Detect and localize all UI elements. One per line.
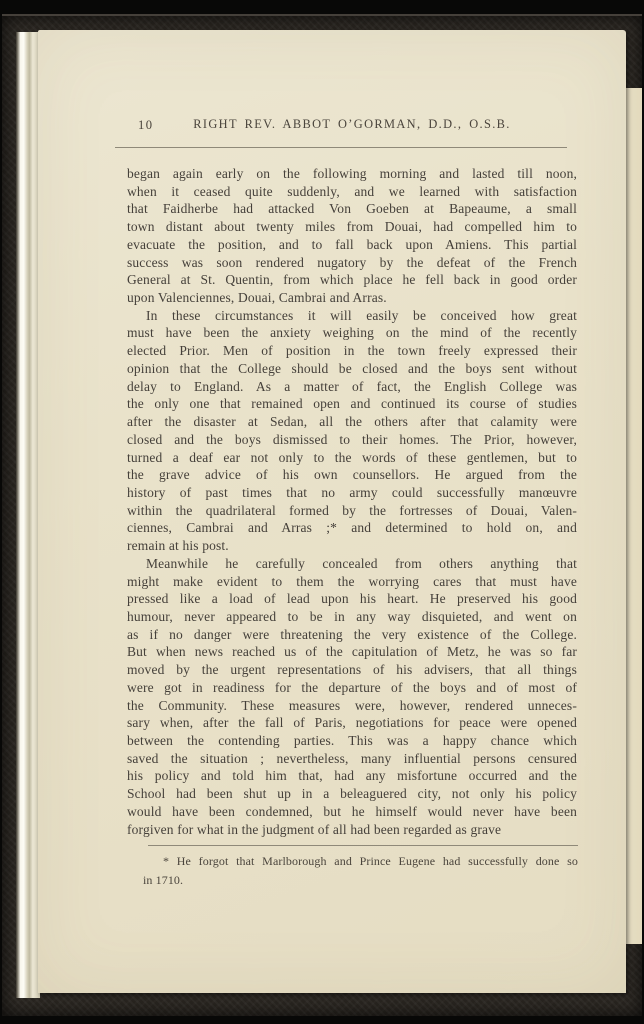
text-line: ciennes, Cambrai and Arras ;* and determ…: [127, 519, 577, 537]
paragraph: Meanwhile he carefully concealed from ot…: [127, 555, 577, 839]
text-line: turned a deaf ear not only to the words …: [127, 449, 577, 467]
text-line: humour, never appeared to be in any way …: [127, 608, 577, 626]
text-line: within the quadrilateral formed by the f…: [127, 502, 577, 520]
text-line: history of past times that no army could…: [127, 484, 577, 502]
text-line: after the disaster at Sedan, all the oth…: [127, 413, 577, 431]
text-line: upon Valenciennes, Douai, Cambrai and Ar…: [127, 289, 577, 307]
text-line: * He forgot that Marlborough and Prince …: [143, 852, 578, 871]
text-line: delay to England. As a matter of fact, t…: [127, 378, 577, 396]
text-line: remain at his post.: [127, 537, 577, 555]
text-line: would have been condemned, but he himsel…: [127, 803, 577, 821]
text-line: must have been the anxiety weighing on t…: [127, 324, 577, 342]
text-line: in 1710.: [143, 871, 578, 890]
text-line: pressed like a load of lead upon his hea…: [127, 590, 577, 608]
text-line: saved the situation ; nevertheless, many…: [127, 750, 577, 768]
text-line: sary when, after the fall of Paris, nego…: [127, 714, 577, 732]
text-line: evacuate the position, and to fall back …: [127, 236, 577, 254]
text-line: elected Prior. Men of position in the to…: [127, 342, 577, 360]
text-line: Meanwhile he carefully concealed from ot…: [127, 555, 577, 573]
text-line: opinion that the College should be close…: [127, 360, 577, 378]
text-line: might make evident to them the worrying …: [127, 573, 577, 591]
text-line: But when news reached us of the capitula…: [127, 643, 577, 661]
text-line: School had been shut up in a beleaguered…: [127, 785, 577, 803]
text-line: were got in readiness for the departure …: [127, 679, 577, 697]
book-page: 10 RIGHT REV. ABBOT O’GORMAN, D.D., O.S.…: [38, 30, 626, 993]
text-line: the only one that remained open and cont…: [127, 395, 577, 413]
text-line: between the contending parties. This was…: [127, 732, 577, 750]
text-line: that Faidherbe had attacked Von Goeben a…: [127, 200, 577, 218]
footnote: * He forgot that Marlborough and Prince …: [143, 852, 578, 889]
scan-background: 10 RIGHT REV. ABBOT O’GORMAN, D.D., O.S.…: [0, 0, 644, 1024]
page-body: began again early on the following morni…: [127, 165, 577, 838]
footnote-rule: [148, 845, 578, 846]
text-line: forgiven for what in the judgment of all…: [127, 821, 577, 839]
text-line: success was soon rendered nugatory by th…: [127, 254, 577, 272]
text-line: moved by the urgent representations of h…: [127, 661, 577, 679]
text-line: began again early on the following morni…: [127, 165, 577, 183]
text-line: his policy and told him that, had any mi…: [127, 767, 577, 785]
paragraph: In these circumstances it will easily be…: [127, 307, 577, 555]
text-line: when it ceased quite suddenly, and we le…: [127, 183, 577, 201]
running-title: RIGHT REV. ABBOT O’GORMAN, D.D., O.S.B.: [127, 117, 577, 132]
text-line: In these circumstances it will easily be…: [127, 307, 577, 325]
text-line: closed and the boys dismissed to their h…: [127, 431, 577, 449]
text-line: town distant about twenty miles from Dou…: [127, 218, 577, 236]
page-header: 10 RIGHT REV. ABBOT O’GORMAN, D.D., O.S.…: [127, 117, 577, 137]
text-line: as if no danger were threatening the ver…: [127, 626, 577, 644]
text-line: the Community. These measures were, howe…: [127, 697, 577, 715]
page-edge-stack: [16, 32, 40, 998]
text-line: the grave advice of his own counsellors.…: [127, 466, 577, 484]
text-line: General at St. Quentin, from which place…: [127, 271, 577, 289]
header-rule: [115, 147, 567, 148]
paragraph: began again early on the following morni…: [127, 165, 577, 307]
